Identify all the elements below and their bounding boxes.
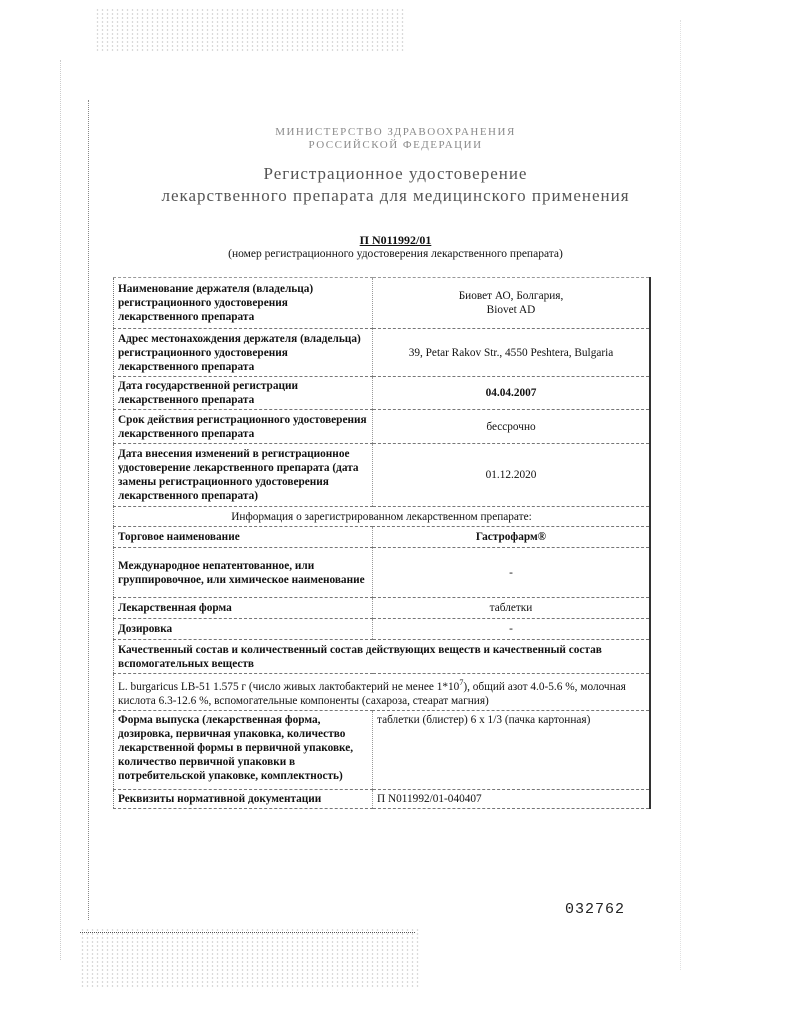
document-title: Регистрационное удостоверение лекарствен… <box>0 163 791 207</box>
validity-period-label: Срок действия регистрационного удостовер… <box>114 410 373 444</box>
document-serial-number: 032762 <box>565 901 625 918</box>
trade-name-label: Торговое наименование <box>114 527 373 548</box>
table-row: Лекарственная форма таблетки <box>114 598 651 619</box>
table-row: Дата государственной регистрации лекарст… <box>114 377 651 410</box>
registration-date-value: 04.04.2007 <box>373 377 651 410</box>
dosage-value: - <box>373 619 651 640</box>
table-row: Торговое наименование Гастрофарм® <box>114 527 651 548</box>
registration-table: Наименование держателя (владельца) регис… <box>113 277 651 809</box>
table-row: Дозировка - <box>114 619 651 640</box>
normative-docs-value: П N011992/01-040407 <box>373 789 651 808</box>
holder-name-ru: Биовет АО, Болгария, <box>377 289 645 303</box>
holder-address-label: Адрес местонахождения держателя (владель… <box>114 329 373 377</box>
holder-name-label: Наименование держателя (владельца) регис… <box>114 278 373 329</box>
certificate-number-caption: (номер регистрационного удостоверения ле… <box>0 248 791 260</box>
table-row: Форма выпуска (лекарственная форма, дози… <box>114 710 651 789</box>
change-date-value: 01.12.2020 <box>373 444 651 507</box>
table-row: Качественный состав и количественный сос… <box>114 640 651 674</box>
composition-text: L. burgaricus LB-51 1.575 г (число живых… <box>114 674 651 711</box>
inn-value: - <box>373 548 651 598</box>
ministry-line-2: РОССИЙСКОЙ ФЕДЕРАЦИИ <box>0 139 791 152</box>
table-row: Информация о зарегистрированном лекарств… <box>114 507 651 527</box>
validity-period-value: бессрочно <box>373 410 651 444</box>
holder-name-value: Биовет АО, Болгария, Biovet AD <box>373 278 651 329</box>
table-row: L. burgaricus LB-51 1.575 г (число живых… <box>114 674 651 711</box>
table-row: Дата внесения изменений в регистрационно… <box>114 444 651 507</box>
table-row: Адрес местонахождения держателя (владель… <box>114 329 651 377</box>
holder-address-value: 39, Petar Rakov Str., 4550 Peshtera, Bul… <box>373 329 651 377</box>
scan-noise-bottom <box>80 928 420 988</box>
scan-noise-top <box>95 8 405 53</box>
dosage-form-value: таблетки <box>373 598 651 619</box>
inn-label: Международное непатентованное, или групп… <box>114 548 373 598</box>
change-date-label: Дата внесения изменений в регистрационно… <box>114 444 373 507</box>
dosage-label: Дозировка <box>114 619 373 640</box>
normative-docs-label: Реквизиты нормативной документации <box>114 789 373 808</box>
table-row: Международное непатентованное, или групп… <box>114 548 651 598</box>
holder-name-en: Biovet AD <box>377 303 645 317</box>
dosage-form-label: Лекарственная форма <box>114 598 373 619</box>
composition-text-part-1: L. burgaricus LB-51 1.575 г (число живых… <box>118 681 459 693</box>
release-form-label: Форма выпуска (лекарственная форма, дози… <box>114 710 373 789</box>
release-form-value: таблетки (блистер) 6 х 1/3 (пачка картон… <box>373 710 651 789</box>
ministry-line-1: МИНИСТЕРСТВО ЗДРАВООХРАНЕНИЯ <box>0 126 791 139</box>
trade-name-value: Гастрофарм® <box>373 527 651 548</box>
composition-heading: Качественный состав и количественный сос… <box>114 640 651 674</box>
info-heading: Информация о зарегистрированном лекарств… <box>114 507 651 527</box>
title-line-2: лекарственного препарата для медицинског… <box>0 185 791 207</box>
ministry-header: МИНИСТЕРСТВО ЗДРАВООХРАНЕНИЯ РОССИЙСКОЙ … <box>0 126 791 152</box>
table-row: Реквизиты нормативной документации П N01… <box>114 789 651 808</box>
scan-margin-line <box>88 100 89 920</box>
title-line-1: Регистрационное удостоверение <box>0 163 791 185</box>
certificate-number: П N011992/01 <box>0 233 791 248</box>
table-row: Срок действия регистрационного удостовер… <box>114 410 651 444</box>
table-row: Наименование держателя (владельца) регис… <box>114 278 651 329</box>
registration-date-label: Дата государственной регистрации лекарст… <box>114 377 373 410</box>
